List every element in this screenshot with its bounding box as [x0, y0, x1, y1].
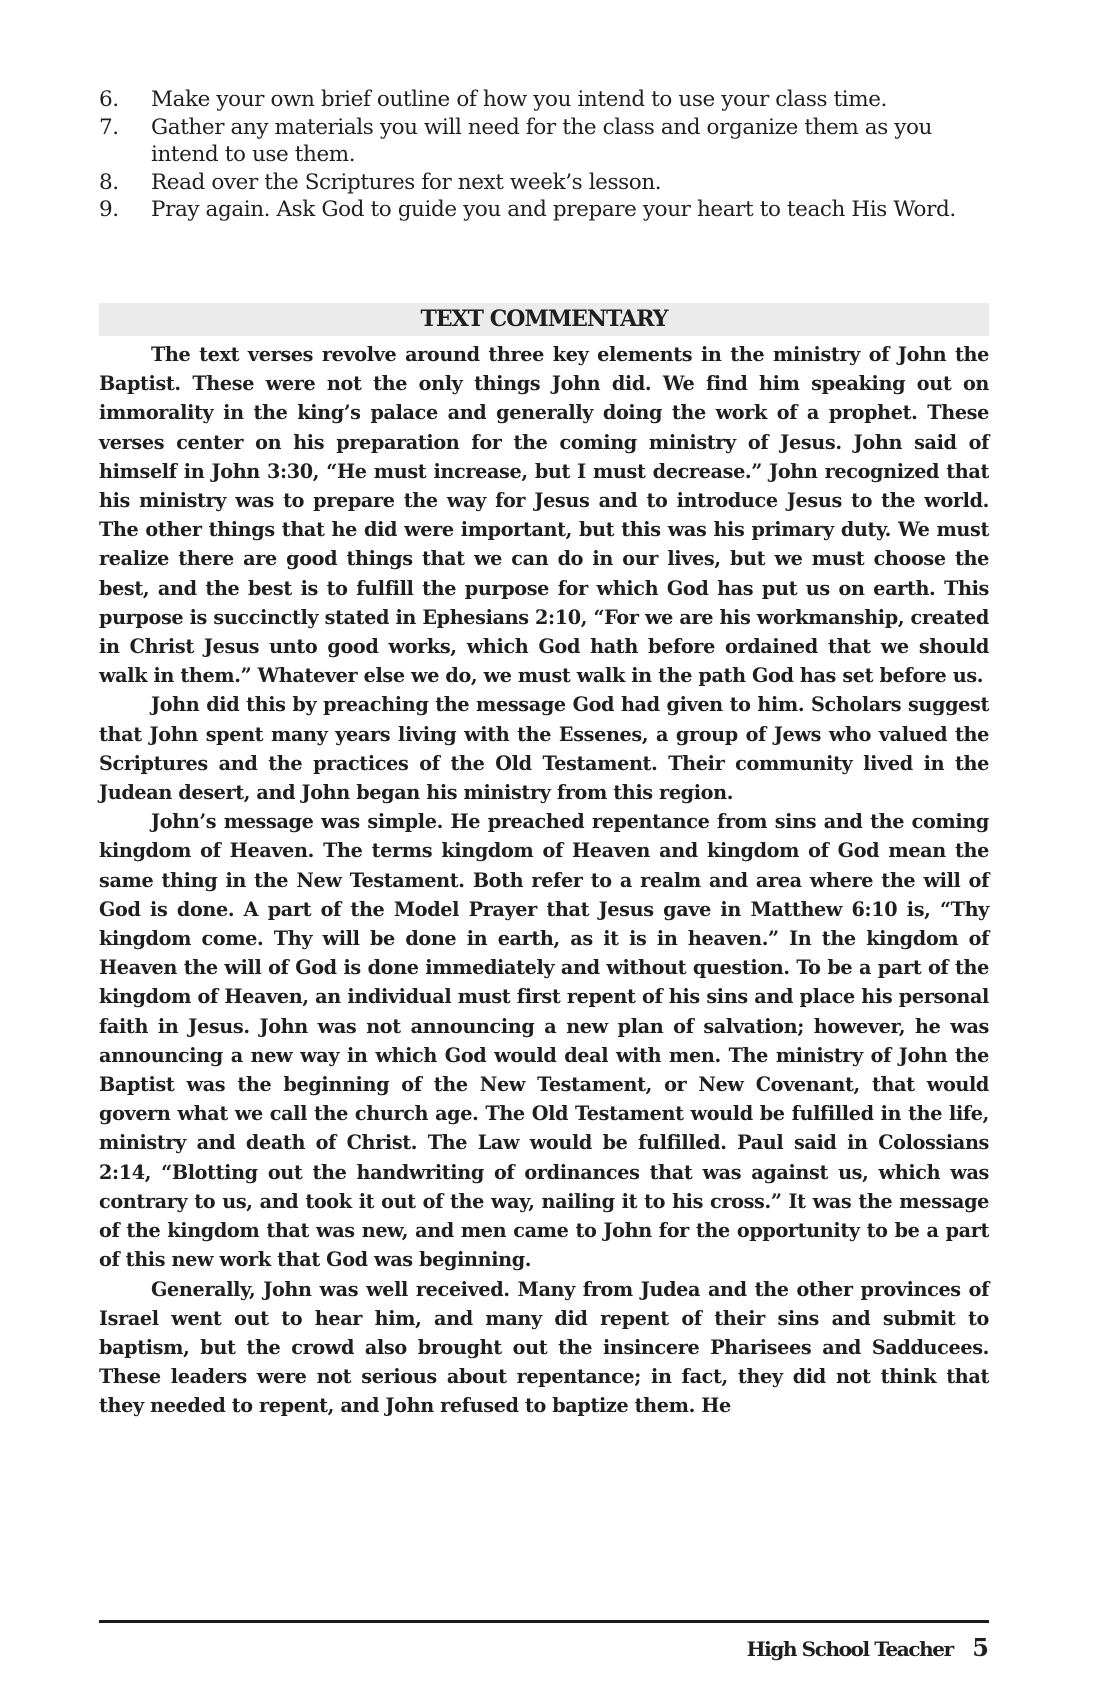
step-text: Gather any materials you will need for t…: [151, 115, 932, 168]
footer-divider: [99, 1620, 989, 1623]
commentary-paragraph: John did this by preaching the message G…: [99, 690, 989, 807]
page-footer: High School Teacher 5: [747, 1633, 989, 1662]
step-text: Pray again. Ask God to guide you and pre…: [151, 197, 956, 222]
section-heading-band: TEXT COMMENTARY: [99, 303, 989, 336]
publication-title: High School Teacher: [747, 1637, 953, 1661]
step-item: 9. Pray again. Ask God to guide you and …: [99, 196, 989, 224]
step-number: 7.: [99, 114, 119, 142]
step-text: Read over the Scriptures for next week’s…: [151, 170, 661, 195]
step-item: 8. Read over the Scriptures for next wee…: [99, 169, 989, 197]
step-item: 6. Make your own brief outline of how yo…: [99, 86, 989, 114]
commentary-body: The text verses revolve around three key…: [99, 340, 989, 1421]
step-item: 7. Gather any materials you will need fo…: [99, 114, 989, 169]
commentary-paragraph: The text verses revolve around three key…: [99, 340, 989, 690]
step-text: Make your own brief outline of how you i…: [151, 87, 887, 112]
section-heading: TEXT COMMENTARY: [420, 306, 667, 332]
commentary-paragraph: John’s message was simple. He preached r…: [99, 807, 989, 1274]
step-number: 9.: [99, 196, 119, 224]
step-number: 6.: [99, 86, 119, 114]
preparation-steps-list: 6. Make your own brief outline of how yo…: [99, 86, 989, 224]
page-number: 5: [972, 1633, 989, 1662]
commentary-paragraph: Generally, John was well received. Many …: [99, 1275, 989, 1421]
step-number: 8.: [99, 169, 119, 197]
